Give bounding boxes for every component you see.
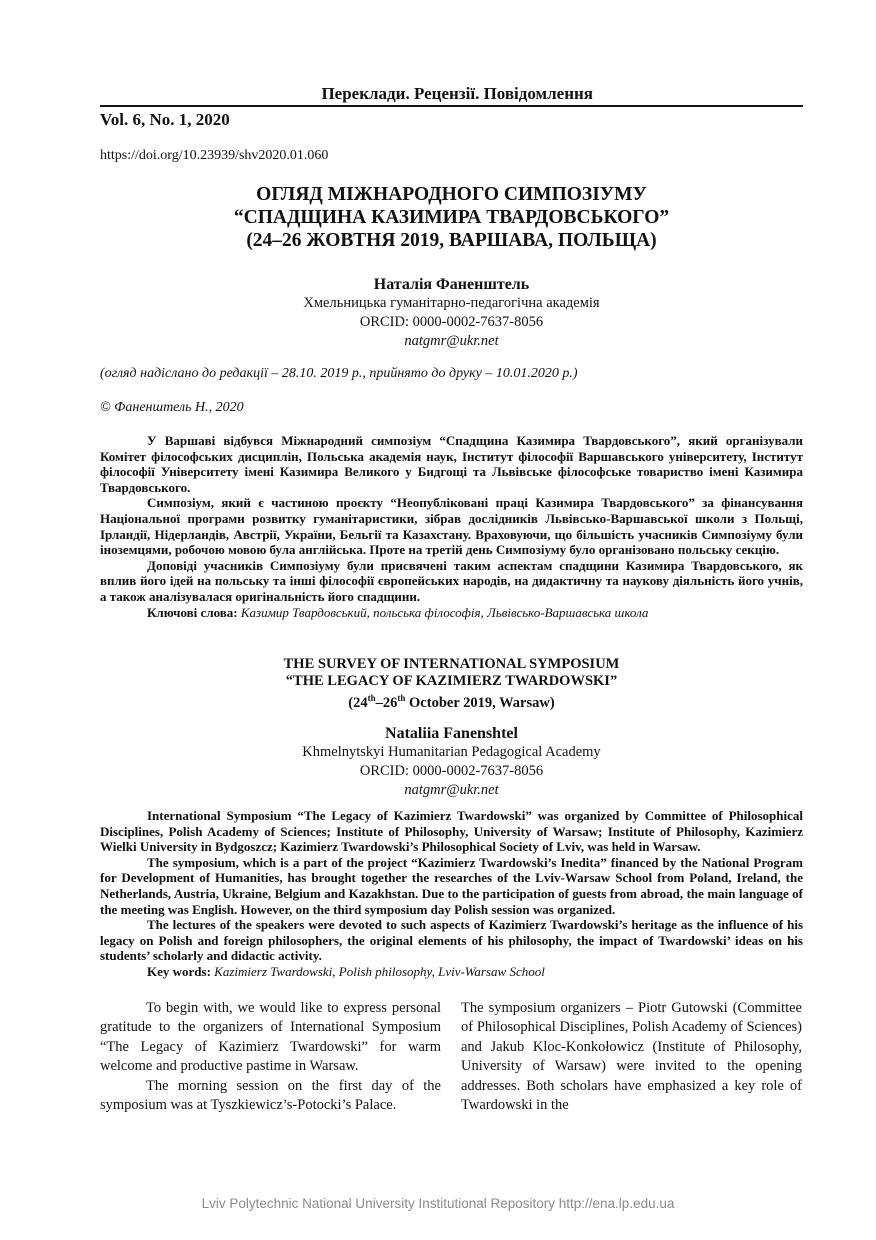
keywords-line: Ключові слова: Казимир Твардовський, пол… [100, 605, 803, 621]
received-dates: (огляд надіслано до редакції – 28.10. 20… [100, 366, 578, 382]
abstract-paragraph: У Варшаві відбувся Міжнародний симпозіум… [100, 433, 803, 495]
title-line: ОГЛЯД МІЖНАРОДНОГО СИМПОЗІУМУ [100, 183, 803, 206]
keywords-label: Ключові слова: [147, 605, 238, 620]
article-title-uk: ОГЛЯД МІЖНАРОДНОГО СИМПОЗІУМУ “СПАДЩИНА … [100, 183, 803, 252]
body-paragraph: The morning session on the first day of … [100, 1077, 441, 1116]
doi-link[interactable]: https://doi.org/10.23939/shv2020.01.060 [100, 148, 328, 164]
header-rule [100, 105, 803, 107]
body-column-right: The symposium organizers – Piotr Gutowsk… [461, 999, 802, 1115]
author-orcid: ORCID: 0000-0002-7637-8056 [100, 313, 803, 332]
title-line: “THE LEGACY OF KAZIMIERZ TWARDOWSKI” [100, 673, 803, 690]
author-name: Nataliia Fanenshtel [100, 724, 803, 743]
article-title-en: THE SURVEY OF INTERNATIONAL SYMPOSIUM “T… [100, 656, 803, 712]
title-line: (24–26 ЖОВТНЯ 2019, ВАРШАВА, ПОЛЬЩА) [100, 229, 803, 252]
title-date-line: (24th–26th October 2019, Warsaw) [100, 690, 803, 712]
abstract-paragraph: Симпозіум, який є частиною проєкту “Неоп… [100, 495, 803, 557]
body-paragraph: The symposium organizers – Piotr Gutowsk… [461, 999, 802, 1115]
body-column-left: To begin with, we would like to express … [100, 999, 441, 1115]
author-affiliation: Khmelnytskyi Humanitarian Pedagogical Ac… [100, 743, 803, 762]
repository-footer: Lviv Polytechnic National University Ins… [0, 1196, 876, 1211]
abstract-paragraph: International Symposium “The Legacy of K… [100, 808, 803, 855]
abstract-paragraph: The symposium, which is a part of the pr… [100, 855, 803, 917]
author-block-uk: Наталія Фаненштель Хмельницька гуманітар… [100, 275, 803, 351]
abstract-en: International Symposium “The Legacy of K… [100, 808, 803, 980]
author-email[interactable]: natgmr@ukr.net [100, 332, 803, 351]
author-email[interactable]: natgmr@ukr.net [100, 781, 803, 800]
abstract-paragraph: Доповіді учасників Симпозіуму були присв… [100, 558, 803, 605]
copyright-notice: © Фаненштель Н., 2020 [100, 400, 244, 416]
body-paragraph: To begin with, we would like to express … [100, 999, 441, 1077]
keywords-text: Казимир Твардовський, польська філософія… [241, 605, 649, 620]
author-name: Наталія Фаненштель [100, 275, 803, 294]
author-affiliation: Хмельницька гуманітарно-педагогічна акад… [100, 294, 803, 313]
author-orcid: ORCID: 0000-0002-7637-8056 [100, 762, 803, 781]
volume-label: Vol. 6, No. 1, 2020 [100, 110, 230, 130]
abstract-uk: У Варшаві відбувся Міжнародний симпозіум… [100, 433, 803, 620]
author-block-en: Nataliia Fanenshtel Khmelnytskyi Humanit… [100, 724, 803, 800]
keywords-text: Kazimierz Twardowski, Polish philosophy,… [214, 964, 545, 979]
title-line: “СПАДЩИНА КАЗИМИРА ТВАРДОВСЬКОГО” [100, 206, 803, 229]
keywords-label: Key words: [147, 964, 211, 979]
abstract-paragraph: The lectures of the speakers were devote… [100, 917, 803, 964]
section-title: Переклади. Рецензії. Повідомлення [321, 84, 593, 103]
title-line: THE SURVEY OF INTERNATIONAL SYMPOSIUM [100, 656, 803, 673]
keywords-line: Key words: Kazimierz Twardowski, Polish … [100, 964, 803, 980]
journal-section-header: Переклади. Рецензії. Повідомлення [100, 84, 803, 104]
